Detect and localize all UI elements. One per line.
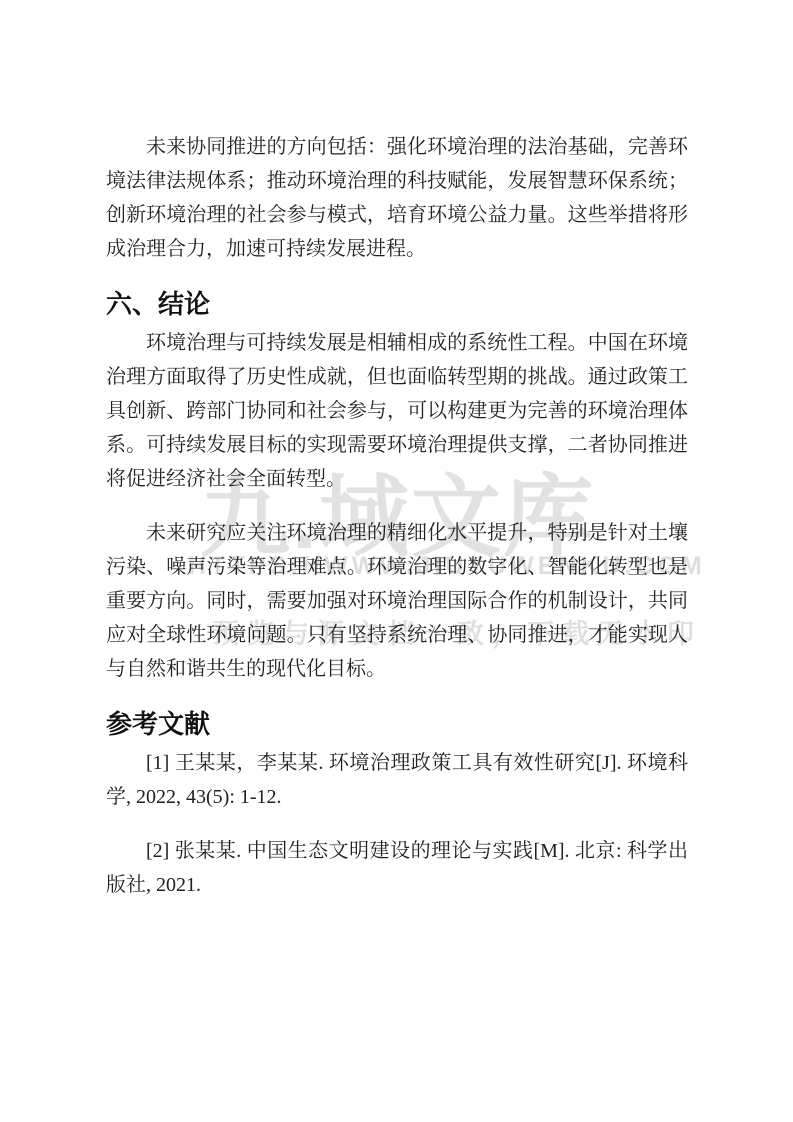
document-content: 未来协同推进的方向包括：强化环境治理的法治基础，完善环境法律法规体系；推动环境治…	[106, 130, 688, 922]
reference-item-2: [2] 张某某. 中国生态文明建设的理论与实践[M]. 北京: 科学出版社, 2…	[106, 834, 688, 902]
heading-conclusion: 六、结论	[106, 286, 688, 322]
heading-references: 参考文献	[106, 706, 688, 742]
paragraph-conclusion-2: 未来研究应关注环境治理的精细化水平提升，特别是针对土壤污染、噪声污染等治理难点。…	[106, 516, 688, 686]
paragraph-conclusion-1: 环境治理与可持续发展是相辅相成的系统性工程。中国在环境治理方面取得了历史性成就，…	[106, 326, 688, 496]
reference-item-1: [1] 王某某，李某某. 环境治理政策工具有效性研究[J]. 环境科学, 202…	[106, 746, 688, 814]
paragraph-future-direction: 未来协同推进的方向包括：强化环境治理的法治基础，完善环境法律法规体系；推动环境治…	[106, 130, 688, 266]
document-page: 九.域文库 HTTPS://WWW.JIUYUWENKU.COM 预览与源文档一…	[0, 0, 793, 1122]
